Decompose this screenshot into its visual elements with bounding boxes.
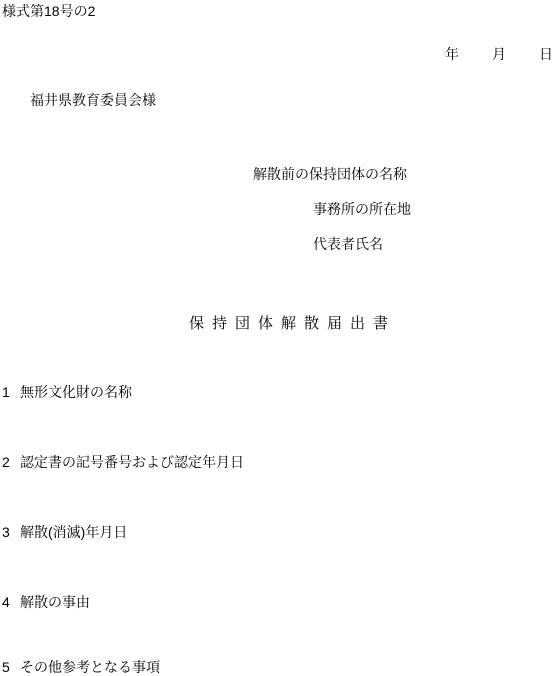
date-month-label: 月 (492, 47, 506, 61)
dissolution-notification-form: 様式第18号の2 年月日 福井県教育委員会様 解散前の保持団体の名称 事務所の所… (0, 0, 559, 676)
item-number: 5 (2, 660, 20, 674)
form-item-1: 1無形文化財の名称 (2, 385, 132, 399)
addressee: 福井県教育委員会様 (30, 93, 156, 107)
form-item-2: 2認定書の記号番号および認定年月日 (2, 455, 244, 469)
item-label: 解散(消滅)年月日 (20, 525, 127, 539)
item-label: 認定書の記号番号および認定年月日 (20, 455, 244, 469)
date-year-label: 年 (445, 47, 459, 61)
applicant-office-address-label: 事務所の所在地 (313, 202, 411, 216)
item-label: 無形文化財の名称 (20, 385, 132, 399)
item-label: その他参考となる事項 (20, 660, 160, 674)
item-number: 2 (2, 455, 20, 469)
date-line: 年月日 (0, 47, 553, 61)
item-number: 1 (2, 385, 20, 399)
item-number: 4 (2, 595, 20, 609)
form-item-4: 4解散の事由 (2, 595, 90, 609)
date-day-label: 日 (539, 47, 553, 61)
form-item-3: 3解散(消滅)年月日 (2, 525, 127, 539)
applicant-org-name-label: 解散前の保持団体の名称 (253, 167, 407, 181)
item-label: 解散の事由 (20, 595, 90, 609)
document-title: 保持団体解散届出書 (189, 316, 396, 331)
form-item-5: 5その他参考となる事項 (2, 660, 160, 674)
form-number: 様式第18号の2 (2, 4, 95, 18)
item-number: 3 (2, 525, 20, 539)
applicant-representative-label: 代表者氏名 (313, 237, 383, 251)
